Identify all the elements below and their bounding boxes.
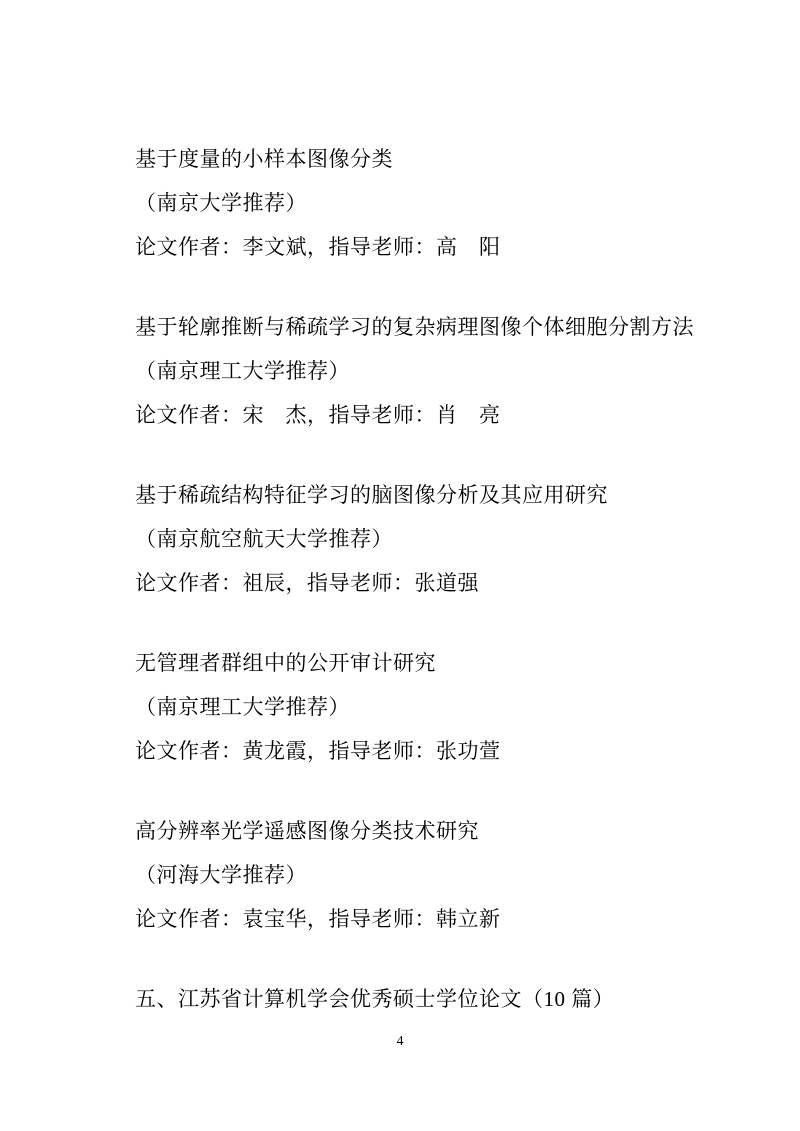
recommending-university: （南京理工大学推荐） [135, 696, 730, 718]
page-number: 4 [0, 1034, 800, 1050]
author-supervisor-line: 论文作者：黄龙霞，指导老师：张功萱 [135, 740, 730, 762]
thesis-entry: 基于轮廓推断与稀疏学习的复杂病理图像个体细胞分割方法 （南京理工大学推荐） 论文… [135, 316, 730, 426]
thesis-entry: 基于度量的小样本图像分类 （南京大学推荐） 论文作者：李文斌，指导老师：高 阳 [135, 148, 730, 258]
thesis-entry: 无管理者群组中的公开审计研究 （南京理工大学推荐） 论文作者：黄龙霞，指导老师：… [135, 652, 730, 762]
recommending-university: （南京大学推荐） [135, 192, 730, 214]
thesis-entry: 高分辨率光学遥感图像分类技术研究 （河海大学推荐） 论文作者：袁宝华，指导老师：… [135, 820, 730, 930]
author-supervisor-line: 论文作者：祖辰，指导老师：张道强 [135, 572, 730, 594]
document-page: 基于度量的小样本图像分类 （南京大学推荐） 论文作者：李文斌，指导老师：高 阳 … [0, 0, 800, 1131]
author-supervisor-line: 论文作者：宋 杰，指导老师：肖 亮 [135, 404, 730, 426]
section-heading: 五、江苏省计算机学会优秀硕士学位论文（10 篇） [135, 988, 730, 1010]
thesis-title: 无管理者群组中的公开审计研究 [135, 652, 730, 674]
thesis-title: 基于稀疏结构特征学习的脑图像分析及其应用研究 [135, 484, 730, 506]
recommending-university: （河海大学推荐） [135, 864, 730, 886]
recommending-university: （南京航空航天大学推荐） [135, 528, 730, 550]
author-supervisor-line: 论文作者：李文斌，指导老师：高 阳 [135, 236, 730, 258]
page-content: 基于度量的小样本图像分类 （南京大学推荐） 论文作者：李文斌，指导老师：高 阳 … [135, 148, 730, 1010]
thesis-title: 高分辨率光学遥感图像分类技术研究 [135, 820, 730, 842]
thesis-title: 基于度量的小样本图像分类 [135, 148, 730, 170]
recommending-university: （南京理工大学推荐） [135, 360, 730, 382]
author-supervisor-line: 论文作者：袁宝华，指导老师：韩立新 [135, 908, 730, 930]
thesis-entry: 基于稀疏结构特征学习的脑图像分析及其应用研究 （南京航空航天大学推荐） 论文作者… [135, 484, 730, 594]
thesis-title: 基于轮廓推断与稀疏学习的复杂病理图像个体细胞分割方法 [135, 316, 730, 338]
